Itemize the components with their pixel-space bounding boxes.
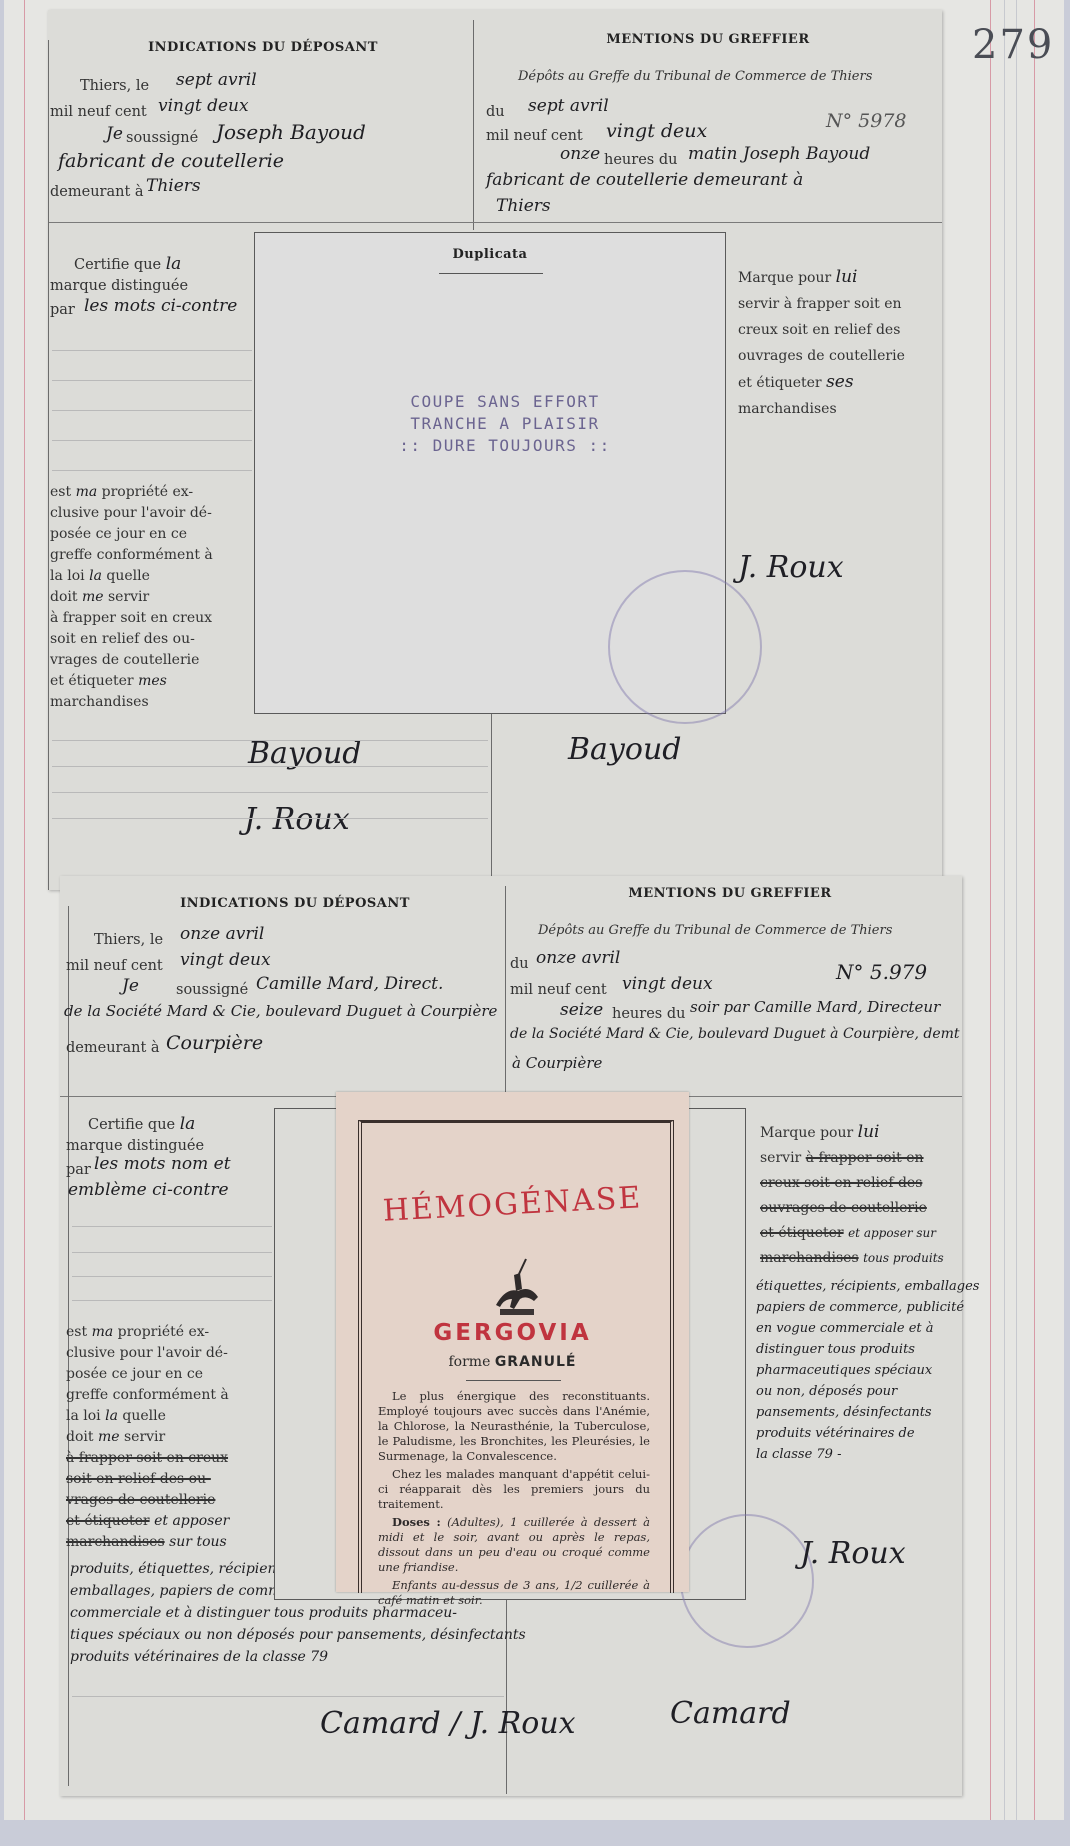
record-sheet-1: INDICATIONS DU DÉPOSANT Thiers, le sept … <box>48 10 942 890</box>
mark-line: Marque pour lui <box>760 1120 950 1146</box>
depositant-signature-duplicate: Bayoud <box>568 732 681 767</box>
handwritten: la <box>105 1408 118 1424</box>
struck-text: à frapper soit en <box>806 1150 924 1166</box>
text: Marque pour <box>738 270 831 286</box>
divider <box>48 40 49 890</box>
property-line: soit en relief des ou- <box>50 629 246 650</box>
ruled-line <box>52 818 488 819</box>
text: propriété ex- <box>118 1324 210 1340</box>
greffier-signature: J. Roux <box>800 1536 906 1571</box>
handwritten: ses <box>826 372 854 392</box>
text: doit <box>66 1429 94 1445</box>
residence-label: demeurant à <box>66 1038 160 1059</box>
property-line: à frapper soit en creux <box>50 608 246 629</box>
undersigned-label: soussigné <box>126 128 198 149</box>
certify-description-2: emblème ci-contre <box>68 1180 229 1200</box>
column-rule <box>1016 0 1017 1820</box>
greffier-date: onze avril <box>536 948 620 968</box>
undersigned-label: soussigné <box>176 980 248 1001</box>
struck-line: soit en relief des ou- <box>66 1469 266 1490</box>
divider <box>491 710 492 890</box>
addendum-line: tiques spéciaux ou non déposés pour pans… <box>70 1624 510 1646</box>
property-line: clusive pour l'avoir dé- <box>50 503 246 524</box>
duplicata-title: Duplicata <box>255 247 725 262</box>
du-label: du <box>510 954 529 975</box>
property-line: est ma propriété ex- <box>50 482 246 503</box>
addendum-line: étiquettes, récipients, emballages <box>756 1276 956 1297</box>
handwritten: sur tous <box>169 1534 227 1550</box>
undersigned-prefix: Je <box>122 976 139 996</box>
property-line: greffe conformément à <box>66 1385 266 1406</box>
struck-line: creux soit en relief des <box>760 1171 950 1196</box>
depositant-company: de la Société Mard & Cie, boulevard Dugu… <box>64 1002 497 1020</box>
year-handwritten: vingt deux <box>158 96 249 116</box>
registration-number: N° 5978 <box>826 110 907 132</box>
divider <box>505 886 506 1106</box>
property-line: marchandises sur tous <box>66 1532 266 1553</box>
children-dosage: Enfants au-dessus de 3 ans, 1/2 cuilleré… <box>378 1578 650 1608</box>
official-seal <box>680 1514 814 1648</box>
property-line: et étiqueter mes <box>50 671 246 692</box>
greffier-date: sept avril <box>528 96 609 116</box>
margin-rule <box>990 0 991 1820</box>
mark-line: servir à frapper soit en <box>738 291 928 317</box>
greffier-year: vingt deux <box>606 120 707 142</box>
greffier-signature: J. Roux <box>738 550 844 585</box>
greffier-addendum: étiquettes, récipients, emballages papie… <box>756 1276 956 1465</box>
hours-label: heures du <box>612 1004 685 1025</box>
struck-text: marchandises <box>66 1534 165 1550</box>
handwritten: et apposer <box>154 1513 229 1529</box>
official-seal <box>608 570 762 724</box>
handwritten: me <box>82 589 104 605</box>
handwritten: lui <box>858 1122 880 1142</box>
greffier-profession: fabricant de coutellerie demeurant à <box>486 170 803 190</box>
year-label: mil neuf cent <box>50 102 147 123</box>
ruled-line <box>52 470 252 471</box>
property-line: posée ce jour en ce <box>66 1364 266 1385</box>
residence-handwritten: Courpière <box>166 1032 263 1054</box>
greffier-company: de la Société Mard & Cie, boulevard Dugu… <box>510 1026 960 1042</box>
doses-paragraph: Doses : (Adultes), 1 cuillerée à dessert… <box>378 1515 650 1575</box>
greffier-header: MENTIONS DU GREFFIER <box>540 886 920 901</box>
ruled-line <box>52 792 488 793</box>
depositant-name: Camille Mard, Direct. <box>256 974 443 994</box>
property-line: greffe conformément à <box>50 545 246 566</box>
city-label: Thiers, le <box>80 76 149 97</box>
certify-handwritten: la <box>166 254 182 274</box>
addendum-line: pharmaceutiques spéciaux <box>756 1360 956 1381</box>
property-line: et étiqueter et apposer <box>66 1511 266 1532</box>
mark-line: et étiqueter et apposer sur <box>760 1221 950 1246</box>
mark-line: Marque pour lui <box>738 264 928 291</box>
addendum-line: en vogue commerciale et à <box>756 1318 956 1339</box>
property-line: clusive pour l'avoir dé- <box>66 1343 266 1364</box>
greffier-header: MENTIONS DU GREFFIER <box>518 32 898 47</box>
property-line: posée ce jour en ce <box>50 524 246 545</box>
greffier-signature-bottom: Camard <box>670 1696 791 1731</box>
property-declaration: est ma propriété ex- clusive pour l'avoi… <box>66 1322 266 1553</box>
date-handwritten: onze avril <box>180 924 264 944</box>
hours-detail: matin Joseph Bayoud <box>688 144 870 164</box>
registration-number: N° 5.979 <box>836 960 927 984</box>
certify-description: les mots ci-contre <box>84 296 237 316</box>
property-line: la loi la quelle <box>66 1406 266 1427</box>
horseman-emblem-icon <box>486 1257 546 1317</box>
depositant-header: INDICATIONS DU DÉPOSANT <box>130 896 460 911</box>
property-declaration: est ma propriété ex- clusive pour l'avoi… <box>50 482 246 713</box>
residence-handwritten: Thiers <box>146 176 201 196</box>
property-line: marchandises <box>50 692 246 713</box>
struck-text: et étiqueter <box>66 1513 150 1529</box>
addendum-line: ou non, déposés pour <box>756 1381 956 1402</box>
depositant-signature: Camard / J. Roux <box>320 1706 576 1741</box>
certify-label-2: marque distinguée <box>50 276 188 297</box>
mark-purpose: Marque pour lui servir à frapper soit en… <box>738 264 928 422</box>
addendum-line: la classe 79 - <box>756 1444 956 1465</box>
margin-rule <box>1034 0 1035 1820</box>
certify-label-3: par <box>50 300 75 321</box>
handwritten: mes <box>138 673 167 689</box>
text: quelle <box>122 1408 166 1424</box>
addendum-line: produits vétérinaires de la classe 79 <box>70 1646 510 1668</box>
struck-line: à frapper soit en creux <box>66 1448 266 1469</box>
ruled-line <box>72 1300 272 1301</box>
ruled-line <box>72 1276 272 1277</box>
indications-paragraph: Le plus énergique des reconstituants. Em… <box>378 1389 650 1464</box>
depositant-profession: fabricant de coutellerie <box>58 150 284 172</box>
certify-text: Certifie que <box>88 1117 175 1133</box>
deposit-line: Dépôts au Greffe du Tribunal de Commerce… <box>538 920 892 941</box>
greffier-city: Thiers <box>496 196 551 216</box>
mark-line: et étiqueter ses <box>738 369 928 396</box>
mark-purpose: Marque pour lui servir à frapper soit en… <box>760 1120 950 1271</box>
doses-label: Doses : <box>392 1515 441 1529</box>
ruled-line <box>72 1252 272 1253</box>
handwritten: ma <box>92 1324 114 1340</box>
year-label: mil neuf cent <box>510 980 607 1001</box>
appetite-paragraph: Chez les malades manquant d'appétit celu… <box>378 1467 650 1512</box>
greffier-year: vingt deux <box>622 974 713 994</box>
stamp-line: TRANCHE A PLAISIR <box>375 413 635 435</box>
hours-detail: soir par Camille Mard, Directeur <box>690 998 940 1016</box>
label-body: Le plus énergique des reconstituants. Em… <box>378 1389 650 1611</box>
certify-label: Certifie que la <box>74 254 181 276</box>
label-divider <box>466 1380 561 1381</box>
text: servir <box>108 589 149 605</box>
handwritten: et apposer sur <box>848 1226 936 1240</box>
ruled-line <box>52 380 252 381</box>
addendum-line: produits vétérinaires de <box>756 1423 956 1444</box>
property-line: vrages de coutellerie <box>50 650 246 671</box>
hours-handwritten: seize <box>560 1000 603 1020</box>
text: la loi <box>66 1408 101 1424</box>
text: servir <box>760 1150 801 1166</box>
text: et étiqueter <box>738 375 822 391</box>
du-label: du <box>486 102 505 123</box>
struck-line: vrages de coutellerie <box>66 1490 266 1511</box>
ruled-line <box>72 1696 504 1697</box>
mark-line: servir à frapper soit en <box>760 1146 950 1171</box>
depositant-header: INDICATIONS DU DÉPOSANT <box>98 40 428 55</box>
divider <box>48 222 942 223</box>
text: la loi <box>50 568 85 584</box>
divider <box>473 20 474 230</box>
greffier-city: à Courpière <box>512 1054 602 1072</box>
column-rule <box>1004 0 1005 1820</box>
hours-label: heures du <box>604 150 677 171</box>
mark-line: marchandises tous produits <box>760 1246 950 1271</box>
ruled-line <box>52 740 488 741</box>
certify-text: Certifie que <box>74 257 161 273</box>
certify-description: les mots nom et <box>94 1154 231 1174</box>
struck-text: et étiqueter <box>760 1225 844 1241</box>
form-value: GRANULÉ <box>495 1354 577 1370</box>
addendum-line: distinguer tous produits <box>756 1339 956 1360</box>
ruled-line <box>52 350 252 351</box>
depositant-name: Joseph Bayoud <box>216 120 366 144</box>
year-label: mil neuf cent <box>66 956 163 977</box>
residence-label: demeurant à <box>50 182 144 203</box>
mark-line: creux soit en relief des <box>738 317 928 343</box>
text: propriété ex- <box>102 484 194 500</box>
stamp-line: :: DURE TOUJOURS :: <box>375 435 635 457</box>
text: et étiqueter <box>50 673 134 689</box>
product-name: GERGOVIA <box>336 1320 689 1346</box>
ruled-line <box>52 410 252 411</box>
handwritten: me <box>98 1429 120 1445</box>
handwritten: lui <box>836 267 858 287</box>
hemogenase-label: HÉMOGÉNASE GERGOVIA forme GRANULÉ Le plu… <box>336 1092 689 1592</box>
struck-line: ouvrages de coutellerie <box>760 1196 950 1221</box>
certify-label: Certifie que la <box>88 1114 195 1136</box>
deposit-line: Dépôts au Greffe du Tribunal de Commerce… <box>518 66 872 87</box>
certify-handwritten: la <box>180 1114 196 1134</box>
page-number: 279 <box>972 22 1054 68</box>
margin-rule <box>24 0 25 1820</box>
year-handwritten: vingt deux <box>180 950 271 970</box>
ruled-line <box>52 766 488 767</box>
handwritten: tous produits <box>863 1251 944 1265</box>
property-line: doit me servir <box>66 1427 266 1448</box>
text: Marque pour <box>760 1125 853 1141</box>
handwritten: ma <box>76 484 98 500</box>
addendum-line: papiers de commerce, publicité <box>756 1297 956 1318</box>
certify-label-3: par <box>66 1160 91 1181</box>
product-form: forme GRANULÉ <box>336 1354 689 1370</box>
form-prefix: forme <box>448 1354 490 1370</box>
city-label: Thiers, le <box>94 930 163 951</box>
property-line: la loi la quelle <box>50 566 246 587</box>
text: doit <box>50 589 78 605</box>
handwritten: la <box>89 568 102 584</box>
undersigned-prefix: Je <box>106 124 123 144</box>
mark-line: marchandises <box>738 396 928 422</box>
text: servir <box>124 1429 165 1445</box>
addendum-line: pansements, désinfectants <box>756 1402 956 1423</box>
title-underline <box>439 273 543 274</box>
stamp-line: COUPE SANS EFFORT <box>375 391 635 413</box>
text: est <box>50 484 71 500</box>
property-line: doit me servir <box>50 587 246 608</box>
ruled-line <box>52 440 252 441</box>
text: quelle <box>106 568 150 584</box>
ruled-line <box>72 1226 272 1227</box>
property-line: est ma propriété ex- <box>66 1322 266 1343</box>
trademark-stamp: COUPE SANS EFFORT TRANCHE A PLAISIR :: D… <box>375 391 635 457</box>
greffier-countersignature: J. Roux <box>244 802 350 837</box>
hours-handwritten: onze <box>560 144 600 164</box>
mark-line: ouvrages de coutellerie <box>738 343 928 369</box>
date-handwritten: sept avril <box>176 70 257 90</box>
text: est <box>66 1324 87 1340</box>
struck-text: marchandises <box>760 1250 859 1266</box>
